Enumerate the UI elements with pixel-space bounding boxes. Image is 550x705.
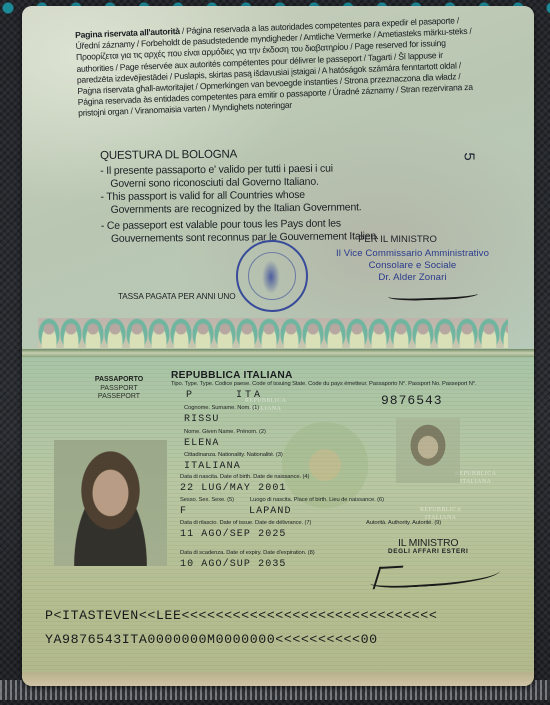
sex-label: Sesso. Sex. Sexe. (5) bbox=[180, 497, 234, 503]
official-stamp bbox=[236, 240, 308, 312]
place-of-birth-label: Luogo di nascita. Place of birth. Lieu d… bbox=[250, 497, 384, 503]
fee-paid-text: TASSA PAGATA PER ANNI UNO bbox=[118, 292, 235, 301]
given-names-value: ELENA bbox=[184, 438, 220, 449]
country-header: REPUBBLICA ITALIANA bbox=[171, 370, 293, 381]
validity-notice: QUESTURA DL BOLOGNA - Il presente passap… bbox=[100, 147, 379, 246]
machine-readable-zone: P<ITASTEVEN<<LEE<<<<<<<<<<<<<<<<<<<<<<<<… bbox=[45, 604, 437, 652]
decorative-border bbox=[38, 318, 508, 348]
place-of-birth-value: LAPAND bbox=[249, 506, 292, 517]
holder-photo bbox=[54, 440, 167, 566]
issuing-authority: IL MINISTRO DEGLI AFFARI ESTERI bbox=[388, 537, 468, 555]
date-of-expiry-label: Data di scadenza. Date of expiry. Date d… bbox=[180, 550, 315, 556]
date-of-birth-value: 22 LUG/MAY 2001 bbox=[180, 483, 287, 494]
page-number: 5 bbox=[461, 152, 478, 160]
nationality-value: ITALIANA bbox=[184, 461, 241, 472]
date-of-expiry-value: 10 AGO/SUP 2035 bbox=[180, 559, 287, 570]
authority-notice: Pagina riservata all'autorità / Página r… bbox=[75, 15, 478, 120]
minister-heading: PER IL MINISTRO bbox=[290, 234, 505, 245]
passport-number: 9876543 bbox=[381, 393, 443, 408]
validity-line: Governments are recognized by the Italia… bbox=[101, 201, 379, 217]
minister-line: Dr. Alder Zonari bbox=[320, 272, 505, 284]
mrz-line-1: P<ITASTEVEN<<LEE<<<<<<<<<<<<<<<<<<<<<<<<… bbox=[45, 604, 437, 628]
sex-value: F bbox=[180, 506, 187, 517]
doc-label-fr: PASSEPORT bbox=[74, 393, 164, 402]
date-of-issue-value: 11 AGO/SEP 2025 bbox=[180, 529, 287, 540]
mrz-line-2: YA9876543ITA0000000M0000000<<<<<<<<<<00 bbox=[45, 628, 437, 652]
doc-label-it: PASSAPORTO bbox=[74, 376, 164, 385]
ghost-photo bbox=[396, 418, 460, 483]
page-fold bbox=[22, 349, 534, 357]
doc-label-en: PASSPORT bbox=[74, 385, 164, 394]
surname-value: RISSU bbox=[184, 414, 220, 425]
authority-line2: DEGLI AFFARI ESTERI bbox=[388, 548, 468, 555]
authority-label: Autorità. Authority. Autorité. (9) bbox=[366, 520, 441, 526]
country-code: ITA bbox=[236, 390, 263, 401]
given-names-label: Nome. Given Name. Prénom. (2) bbox=[184, 429, 266, 435]
surname-label: Cognome. Surname. Nom. (1) bbox=[184, 405, 259, 411]
booklet-edge bbox=[22, 672, 534, 686]
issuing-office: QUESTURA DL BOLOGNA bbox=[100, 147, 378, 163]
nationality-label: Cittadinanza. Nationality. Nationalité. … bbox=[184, 452, 283, 458]
minister-line: Consolare e Sociale bbox=[320, 260, 505, 272]
date-of-birth-label: Data di nascita. Date of birth. Date de … bbox=[180, 474, 309, 480]
document-label: PASSAPORTO PASSPORT PASSEPORT bbox=[74, 376, 164, 402]
date-of-issue-label: Data di rilascio. Date of issue. Date de… bbox=[180, 520, 311, 526]
emblem-watermark bbox=[270, 410, 380, 520]
minister-line: Il Vice Commissario Amministrativo bbox=[320, 248, 505, 260]
minister-block: PER IL MINISTRO Il Vice Commissario Ammi… bbox=[320, 234, 505, 284]
document-type: P bbox=[186, 390, 193, 401]
type-code-number-label: Tipo. Type. Type. Codice paese. Code of … bbox=[171, 381, 477, 387]
watermark-text: REPUBBLICAITALIANA bbox=[455, 470, 496, 486]
